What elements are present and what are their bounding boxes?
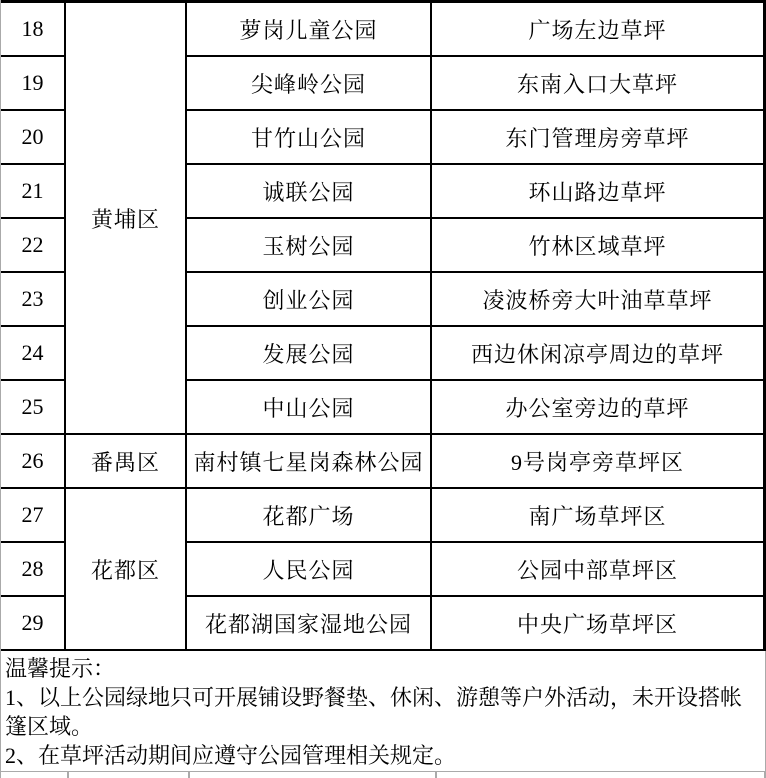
district-cell-panyu: 番禺区 <box>65 434 186 488</box>
park-name-cell: 创业公园 <box>186 272 431 326</box>
notes-item-1-line-2: 篷区域。 <box>5 712 765 741</box>
park-name-cell: 花都湖国家湿地公园 <box>186 596 431 650</box>
table-row: 26 番禺区 南村镇七星岗森林公园 9号岗亭旁草坪区 <box>1 434 765 488</box>
notes-item-2: 2、在草坪活动期间应遵守公园管理相关规定。 <box>5 741 765 770</box>
lawn-location-cell: 广场左边草坪 <box>431 2 765 57</box>
sliver-grid-line <box>67 772 69 778</box>
lawn-location-cell: 中央广场草坪区 <box>431 596 765 650</box>
lawn-location-cell: 南广场草坪区 <box>431 488 765 542</box>
lawn-location-cell: 环山路边草坪 <box>431 164 765 218</box>
lawn-location-cell: 办公室旁边的草坪 <box>431 380 765 434</box>
notes-section: 温馨提示： 1、以上公园绿地只可开展铺设野餐垫、休闲、游憩等户外活动，未开设搭帐… <box>1 651 766 771</box>
row-number-cell: 25 <box>1 380 65 434</box>
park-name-cell: 人民公园 <box>186 542 431 596</box>
sliver-grid-line <box>188 772 190 778</box>
row-number-cell: 20 <box>1 110 65 164</box>
sliver-grid-line <box>435 772 437 778</box>
lawn-location-cell: 9号岗亭旁草坪区 <box>431 434 765 488</box>
district-cell-huadu: 花都区 <box>65 488 186 650</box>
park-name-cell: 萝岗儿童公园 <box>186 2 431 57</box>
lawn-location-cell: 东门管理房旁草坪 <box>431 110 765 164</box>
parks-table: 18 黄埔区 萝岗儿童公园 广场左边草坪 19 尖峰岭公园 东南入口大草坪 20… <box>1 0 766 651</box>
park-name-cell: 尖峰岭公园 <box>186 56 431 110</box>
document-page: 18 黄埔区 萝岗儿童公园 广场左边草坪 19 尖峰岭公园 东南入口大草坪 20… <box>0 0 766 778</box>
lawn-location-cell: 公园中部草坪区 <box>431 542 765 596</box>
row-number-cell: 22 <box>1 218 65 272</box>
row-number-cell: 28 <box>1 542 65 596</box>
park-name-cell: 中山公园 <box>186 380 431 434</box>
row-number-cell: 26 <box>1 434 65 488</box>
table-row: 27 花都区 花都广场 南广场草坪区 <box>1 488 765 542</box>
row-number-cell: 23 <box>1 272 65 326</box>
row-number-cell: 27 <box>1 488 65 542</box>
park-name-cell: 南村镇七星岗森林公园 <box>186 434 431 488</box>
park-name-cell: 甘竹山公园 <box>186 110 431 164</box>
row-number-cell: 19 <box>1 56 65 110</box>
park-name-cell: 花都广场 <box>186 488 431 542</box>
lawn-location-cell: 凌波桥旁大叶油草草坪 <box>431 272 765 326</box>
notes-item-1-line-1: 1、以上公园绿地只可开展铺设野餐垫、休闲、游憩等户外活动，未开设搭帐 <box>5 683 765 712</box>
next-table-sliver <box>1 771 766 778</box>
park-name-cell: 发展公园 <box>186 326 431 380</box>
lawn-location-cell: 东南入口大草坪 <box>431 56 765 110</box>
district-cell-huangpu: 黄埔区 <box>65 2 186 435</box>
row-number-cell: 18 <box>1 2 65 57</box>
row-number-cell: 21 <box>1 164 65 218</box>
table-row: 18 黄埔区 萝岗儿童公园 广场左边草坪 <box>1 2 765 57</box>
row-number-cell: 29 <box>1 596 65 650</box>
park-name-cell: 玉树公园 <box>186 218 431 272</box>
park-name-cell: 诚联公园 <box>186 164 431 218</box>
row-number-cell: 24 <box>1 326 65 380</box>
lawn-location-cell: 竹林区域草坪 <box>431 218 765 272</box>
lawn-location-cell: 西边休闲凉亭周边的草坪 <box>431 326 765 380</box>
notes-title: 温馨提示： <box>5 654 765 683</box>
